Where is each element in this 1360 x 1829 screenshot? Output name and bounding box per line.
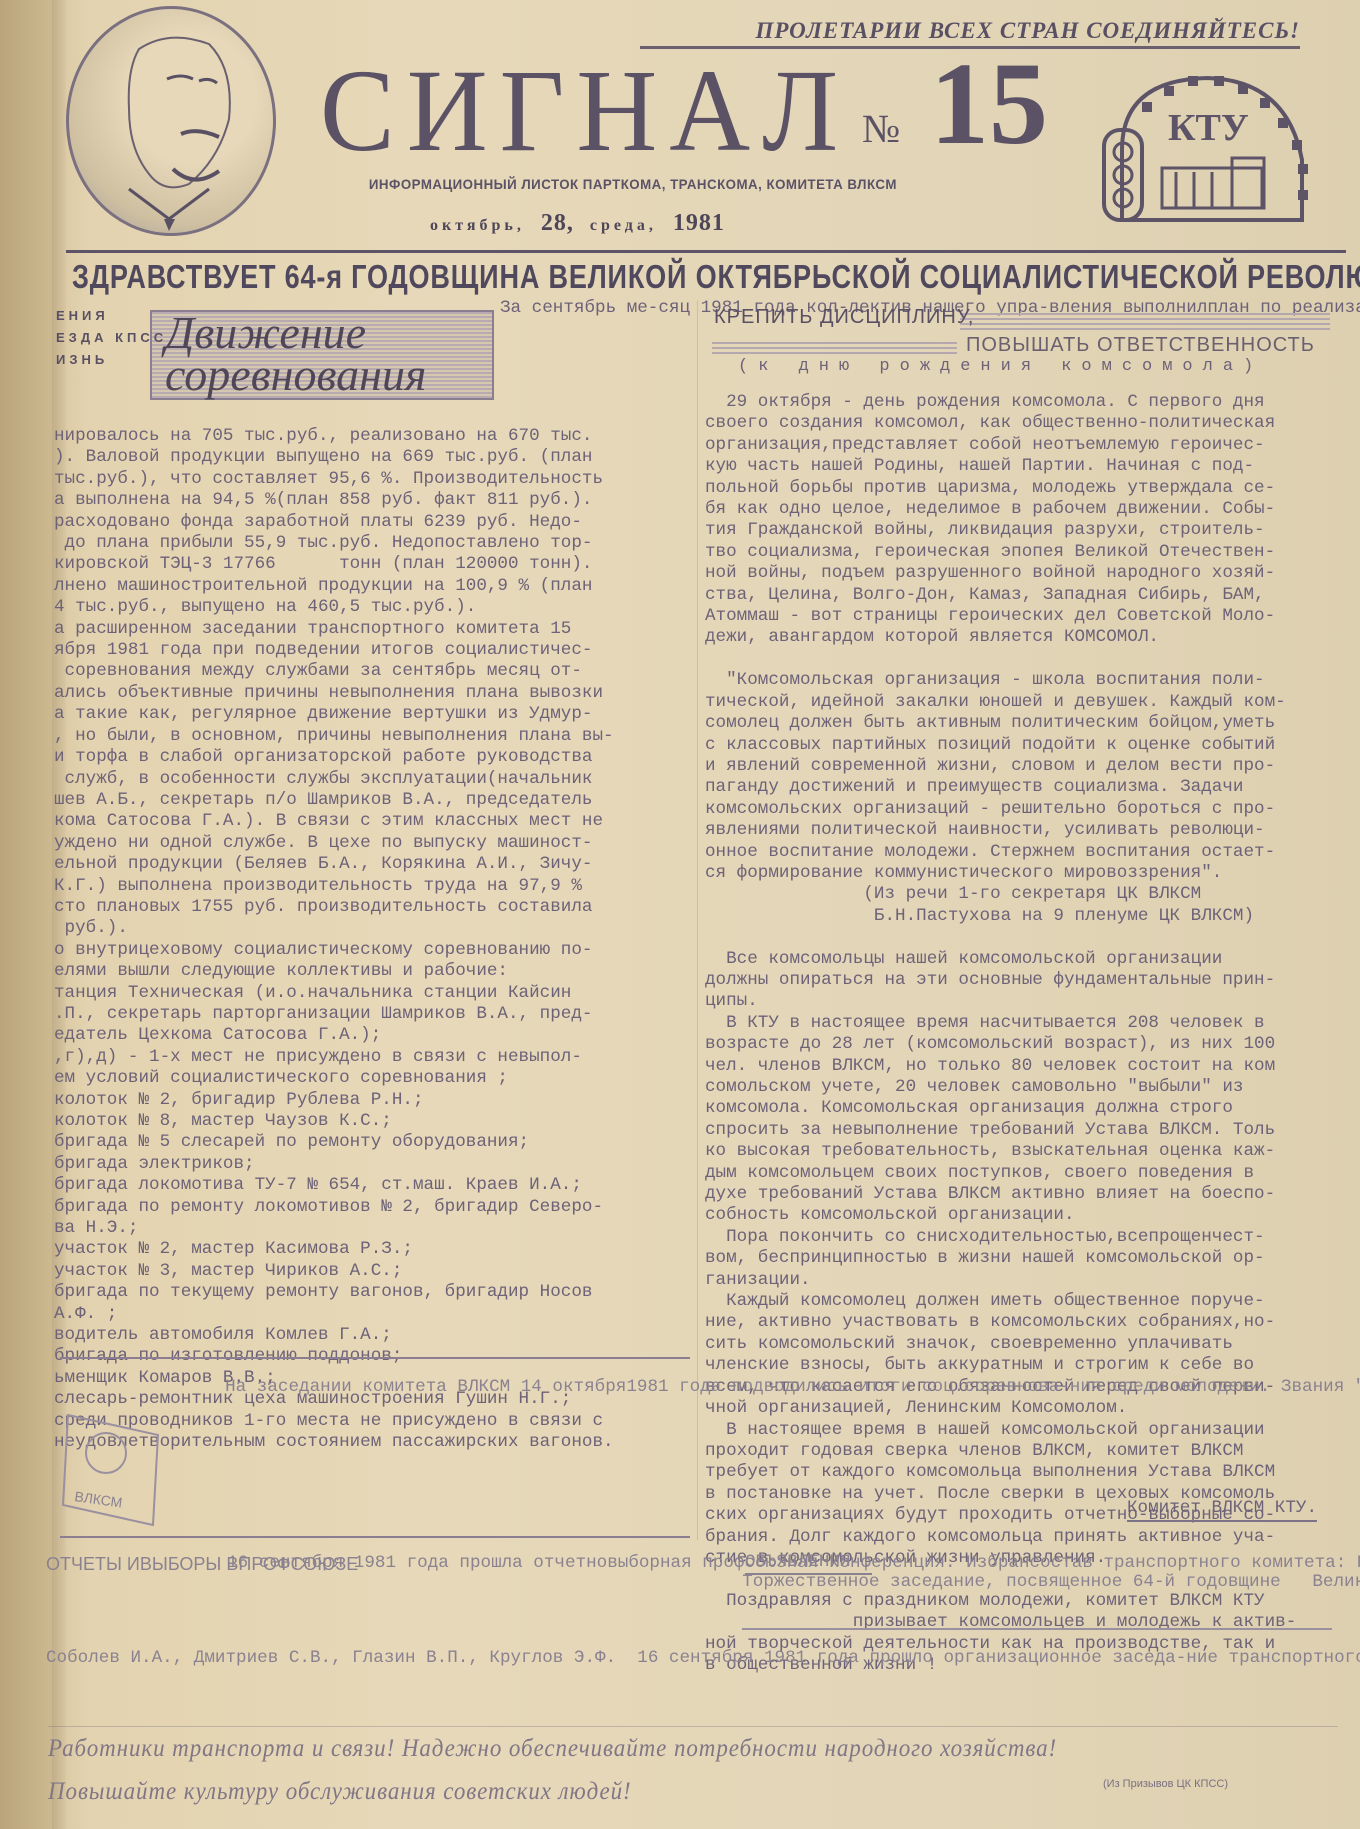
text-line: А.Ф. ; [54, 1304, 614, 1325]
text-line: кома Сатосова Г.А.). В связи с этим клас… [54, 811, 614, 832]
text-line: и явлений современной жизни, словом и де… [705, 756, 1296, 777]
vlksm-box-text: На заседании комитета ВЛКСМ 14 октября19… [204, 1377, 1360, 1398]
text-line: ся формирование коммунистического мирово… [705, 863, 1296, 884]
newspaper-page: ПРОЛЕТАРИИ ВСЕХ СТРАН СОЕДИНЯЙТЕСЬ! СИГН… [0, 0, 1360, 1829]
text-line: о внутрицеховому социалистическому сорев… [54, 940, 614, 961]
footer-slogan-1: Работники транспорта и связи! Надежно об… [48, 1735, 1057, 1763]
binding-edge [0, 0, 52, 1829]
text-line: организация,представляет собой неотъемле… [705, 435, 1296, 456]
right-article-signoff: Комитет ВЛКСМ КТУ. [1127, 1498, 1317, 1522]
right-article-heading-1: КРЕПИТЬ ДИСЦИПЛИНУ, [714, 306, 974, 329]
announcements-divider [742, 1628, 1332, 1630]
text-line: кую часть нашей Родины, нашей Партии. На… [705, 456, 1296, 477]
text-line: до плана прибыли 55,9 тыс.руб. Недопоста… [54, 533, 614, 554]
masthead-divider [66, 250, 1346, 253]
text-line: вом, беспринципностью в жизни нашей комс… [705, 1248, 1296, 1269]
text-line: шев А.Б., секретарь п/о Шамриков В.А., п… [54, 790, 614, 811]
banner-title-line: Движение [165, 312, 426, 354]
text-line: собность комсомольской организации. [705, 1205, 1296, 1226]
masthead-subtitle: ИНФОРМАЦИОННЫЙ ЛИСТОК ПАРТКОМА, ТРАНСКОМ… [369, 176, 897, 192]
text-line: нировалось на 705 тыс.руб., реализовано … [54, 426, 614, 447]
text-line: явлениями политической наивности, усилив… [705, 820, 1296, 841]
text-line: соревнования между службами за сентябрь … [54, 661, 614, 682]
text-line: а расширенном заседании транспортного ко… [54, 619, 614, 640]
text-line: проходит годовая сверка членов ВЛКСМ, ко… [705, 1441, 1296, 1462]
text-line: дым комсомольцем своих поступков, своего… [705, 1163, 1296, 1184]
text-line: 4 тыс.руб., выпущено на 460,5 тыс.руб.). [54, 597, 614, 618]
union-section-text-continued: Соболев И.А., Дмитриев С.В., Глазин В.П.… [46, 1648, 1360, 1669]
text-line [705, 649, 1296, 670]
svg-text:КТУ: КТУ [1168, 107, 1249, 149]
text-line: В КТУ в настоящее время насчитывается 20… [705, 1013, 1296, 1034]
text-line: членские взносы, быть аккуратным и строг… [705, 1355, 1296, 1376]
text-line: 1981 года подводились итоги соц.соревнов… [626, 1377, 1069, 1397]
text-line: ния среди молодежи. Звания "Лучшая комсо… [1070, 1377, 1360, 1397]
text-line: 16 сентября 1981 года прошла отчетно [206, 1553, 607, 1573]
date-day: 28, [541, 210, 574, 236]
issue-number-sign: № [862, 105, 900, 152]
text-line: Каждый комсомолец должен иметь обществен… [705, 1291, 1296, 1312]
banner-side-text: ЕНИЯ ЕЗДА КПСС ИЗНЬ [56, 305, 167, 371]
text-line: За сентябрь ме- [500, 298, 658, 318]
text-line: сомольском учете, 20 человек самовольно … [705, 1077, 1296, 1098]
text-line [705, 927, 1296, 948]
text-line: должны опираться на эти основные фундаме… [705, 970, 1296, 991]
text-line: а такие как, регулярное движение вертушк… [54, 704, 614, 725]
text-line: брания. Долг каждого комсомольца принять… [705, 1527, 1296, 1548]
text-line: призывает комсомольцев и молодежь к акти… [705, 1612, 1296, 1633]
right-article-body: 29 октября - день рождения комсомола. С … [705, 392, 1296, 1676]
text-line: 16 сентября 1981 года прошло организацио… [616, 1648, 1186, 1668]
text-line: комсомольских организаций - решительно б… [705, 799, 1296, 820]
text-line: колоток № 8, мастер Чаузов К.С.; [54, 1111, 614, 1132]
text-line: бригада локомотива ТУ-7 № 654, ст.маш. К… [54, 1175, 614, 1196]
text-line: тической, идейной закалки юношей и девуш… [705, 692, 1296, 713]
text-line: "Комсомольская организация - школа воспи… [705, 670, 1296, 691]
text-line: комсомола. Комсомольская организация дол… [705, 1098, 1296, 1119]
banner-side-line: ЕНИЯ [56, 305, 167, 327]
text-line: сто плановых 1755 руб. производительност… [54, 897, 614, 918]
text-line: ября 1981 года при подведении итогов соц… [54, 640, 614, 661]
text-line: На заседании комитета ВЛКСМ 14 октября [204, 1377, 626, 1397]
text-line: ,г),д) - 1-х мест не присуждено в связи … [54, 1047, 614, 1068]
text-line: и торфа в слабой организаторской работе … [54, 747, 614, 768]
text-line: Поздравляя с праздником молодежи, комите… [705, 1591, 1296, 1612]
text-line: бригада № 5 слесарей по ремонту оборудов… [54, 1132, 614, 1153]
text-line: , но были, в основном, причины невыполне… [54, 726, 614, 747]
text-line: духе требований Устава ВЛКСМ активно вли… [705, 1184, 1296, 1205]
text-line: Атоммаш - вот страницы героических дел С… [705, 606, 1296, 627]
footer-rule [48, 1726, 1338, 1727]
text-line: а выполнена на 94,5 %(план 858 руб. факт… [54, 490, 614, 511]
lenin-portrait-icon [66, 6, 276, 236]
heading-hatch [960, 312, 1330, 330]
text-line: ние, активно участвовать в комсомольских… [705, 1312, 1296, 1333]
text-line: ципы. [705, 991, 1296, 1012]
text-line: уждено ни одной службе. В цехе по выпуск… [54, 833, 614, 854]
footer-slogan-2: Повышайте культуру обслуживания советски… [48, 1778, 632, 1806]
text-line: паганду достижений и преимуществ социали… [705, 777, 1296, 798]
text-line: ной войны, подъем разрушенного войной на… [705, 563, 1296, 584]
column-divider [697, 300, 698, 1540]
text-line: участок № 3, мастер Чириков А.С.; [54, 1261, 614, 1282]
text-line: участок № 2, мастер Касимова Р.З.; [54, 1239, 614, 1260]
text-line: руб.). [54, 918, 614, 939]
text-line: расходовано фонда заработной платы 6239 … [54, 512, 614, 533]
date-year: 1981 [673, 210, 725, 236]
text-line: лнено машиностроительной продукции на 10… [54, 576, 614, 597]
text-line: Соболев И.А., Дмитриев С.В., Глазин В.П.… [46, 1648, 616, 1668]
right-article-subheading: (к дню рождения комсомола) [738, 357, 1263, 376]
text-line: кировской ТЭЦ-3 17766 тонн (план 120000 … [54, 554, 614, 575]
heading-hatch [712, 340, 957, 354]
text-line: дежи, авангардом которой является КОМСОМ… [705, 627, 1296, 648]
text-line: бригада электриков; [54, 1154, 614, 1175]
banner-title-line: соревнования [165, 354, 426, 396]
text-line: сомолец должен быть активным политически… [705, 713, 1296, 734]
text-line: онное воспитание молодежи. Стержнем восп… [705, 842, 1296, 863]
text-line: спросить за невыполнение требований Уста… [705, 1120, 1296, 1141]
footer-source: (Из Призывов ЦК КПСС) [1103, 1778, 1228, 1790]
text-line: своего создания комсомол, как общественн… [705, 413, 1296, 434]
text-line: сить комсомольский значок, своевременно … [705, 1334, 1296, 1355]
banner-side-line: ЕЗДА КПСС [56, 327, 167, 349]
text-line: (Из речи 1-го секретаря ЦК ВЛКСМ [705, 884, 1296, 905]
text-line: требует от каждого комсомольца выполнени… [705, 1462, 1296, 1483]
text-line: ем условий социалистического соревновани… [54, 1068, 614, 1089]
text-line: Б.Н.Пастухова на 9 пленуме ЦК ВЛКСМ) [705, 906, 1296, 927]
text-line: бя как одно целое, неделимое в рабочем д… [705, 499, 1296, 520]
text-line: едатель Цехкома Сатосова Г.А.); [54, 1025, 614, 1046]
text-line: ко высокая требовательность, взыскательн… [705, 1141, 1296, 1162]
text-line: Все комсомольцы нашей комсомольской орга… [705, 949, 1296, 970]
text-line: Пора покончить со снисходительностью,все… [705, 1227, 1296, 1248]
text-line: 29 октября - день рождения комсомола. С … [705, 392, 1296, 413]
issue-date: октябрь, 28, среда, 1981 [430, 210, 733, 237]
ktu-gear-emblem-icon: КТУ [1082, 60, 1322, 230]
vlksm-box-top-rule [60, 1357, 690, 1360]
left-article-body: нировалось на 705 тыс.руб., реализовано … [54, 426, 614, 1454]
text-line: елями вышли следующие коллективы и рабоч… [54, 961, 614, 982]
text-line: с классовых партийных позиций подойти к … [705, 735, 1296, 756]
text-line: колоток № 2, бригадир Рублева Р.Н.; [54, 1090, 614, 1111]
competition-banner-title: Движение соревнования [165, 312, 426, 396]
newspaper-title: СИГНАЛ [320, 52, 850, 170]
text-line: чел. членов ВЛКСМ, но только 80 человек … [705, 1056, 1296, 1077]
banner-side-line: ИЗНЬ [56, 349, 167, 371]
announcements-text: Торжественное заседание, посвященное 64-… [700, 1572, 1360, 1593]
text-line: ва Н.Э.; [54, 1218, 614, 1239]
text-line: бригада по ремонту локомотивов № 2, бриг… [54, 1197, 614, 1218]
right-article-heading-2: ПОВЫШАТЬ ОТВЕТСТВЕННОСТЬ [966, 334, 1315, 357]
text-line: возрасте до 28 лет (комсомольский возрас… [705, 1034, 1296, 1055]
text-line: служб, в особенности службы эксплуатации… [54, 769, 614, 790]
date-weekday: среда, [590, 217, 657, 234]
text-line: ганизации. [705, 1270, 1296, 1291]
text-line: состав транспортного комитета: Ручков Н.… [1030, 1553, 1360, 1573]
text-line: бригада по текущему ремонту вагонов, бри… [54, 1282, 614, 1303]
text-line: Великого Октября состоится в клубе пос.К… [1281, 1572, 1360, 1592]
issue-number: 15 [930, 45, 1048, 163]
text-line: польной борьбы против царизма, молодежь … [705, 478, 1296, 499]
text-line: К.Г.) выполнена производительность труда… [54, 876, 614, 897]
text-line: водитель автомобиля Комлев Г.А.; [54, 1325, 614, 1346]
text-line: танция Техническая (и.о.начальника станц… [54, 983, 614, 1004]
text-line: ние транспортного комитета. Председателе… [1186, 1648, 1360, 1668]
heading-line: ОТЧЕТЫ И [46, 1554, 140, 1574]
text-line: чной организацией, Ленинским Комсомолом. [705, 1398, 1296, 1419]
text-line: ). Валовой продукции выпущено на 669 тыс… [54, 447, 614, 468]
main-headline: ЗДРАВСТВУЕТ 64-я ГОДОВЩИНА ВЕЛИКОЙ ОКТЯБ… [72, 258, 1122, 296]
date-month: октябрь, [430, 217, 525, 234]
komsomol-badge-icon: ВЛКСМ [58, 1395, 168, 1535]
svg-text:ВЛКСМ: ВЛКСМ [74, 1488, 124, 1511]
text-line: В настоящее время в нашей комсомольской … [705, 1420, 1296, 1441]
text-line: ельной продукции (Беляев Б.А., Корякина … [54, 854, 614, 875]
text-line: тия Гражданской войны, ликвидация разрух… [705, 520, 1296, 541]
text-line: ства, Целина, Волго-Дон, Камаз, Западная… [705, 585, 1296, 606]
text-line: .П., секретарь парторганизации Шамриков … [54, 1004, 614, 1025]
text-line: Торжественное заседание, посвященное 64-… [700, 1572, 1281, 1592]
text-line: тыс.руб.), что составляет 95,6 %. Произв… [54, 469, 614, 490]
text-line: ались объективные причины невыполнения п… [54, 683, 614, 704]
text-line: тво социализма, героическая эпопея Велик… [705, 542, 1296, 563]
vlksm-box-bottom-rule [60, 1536, 690, 1538]
